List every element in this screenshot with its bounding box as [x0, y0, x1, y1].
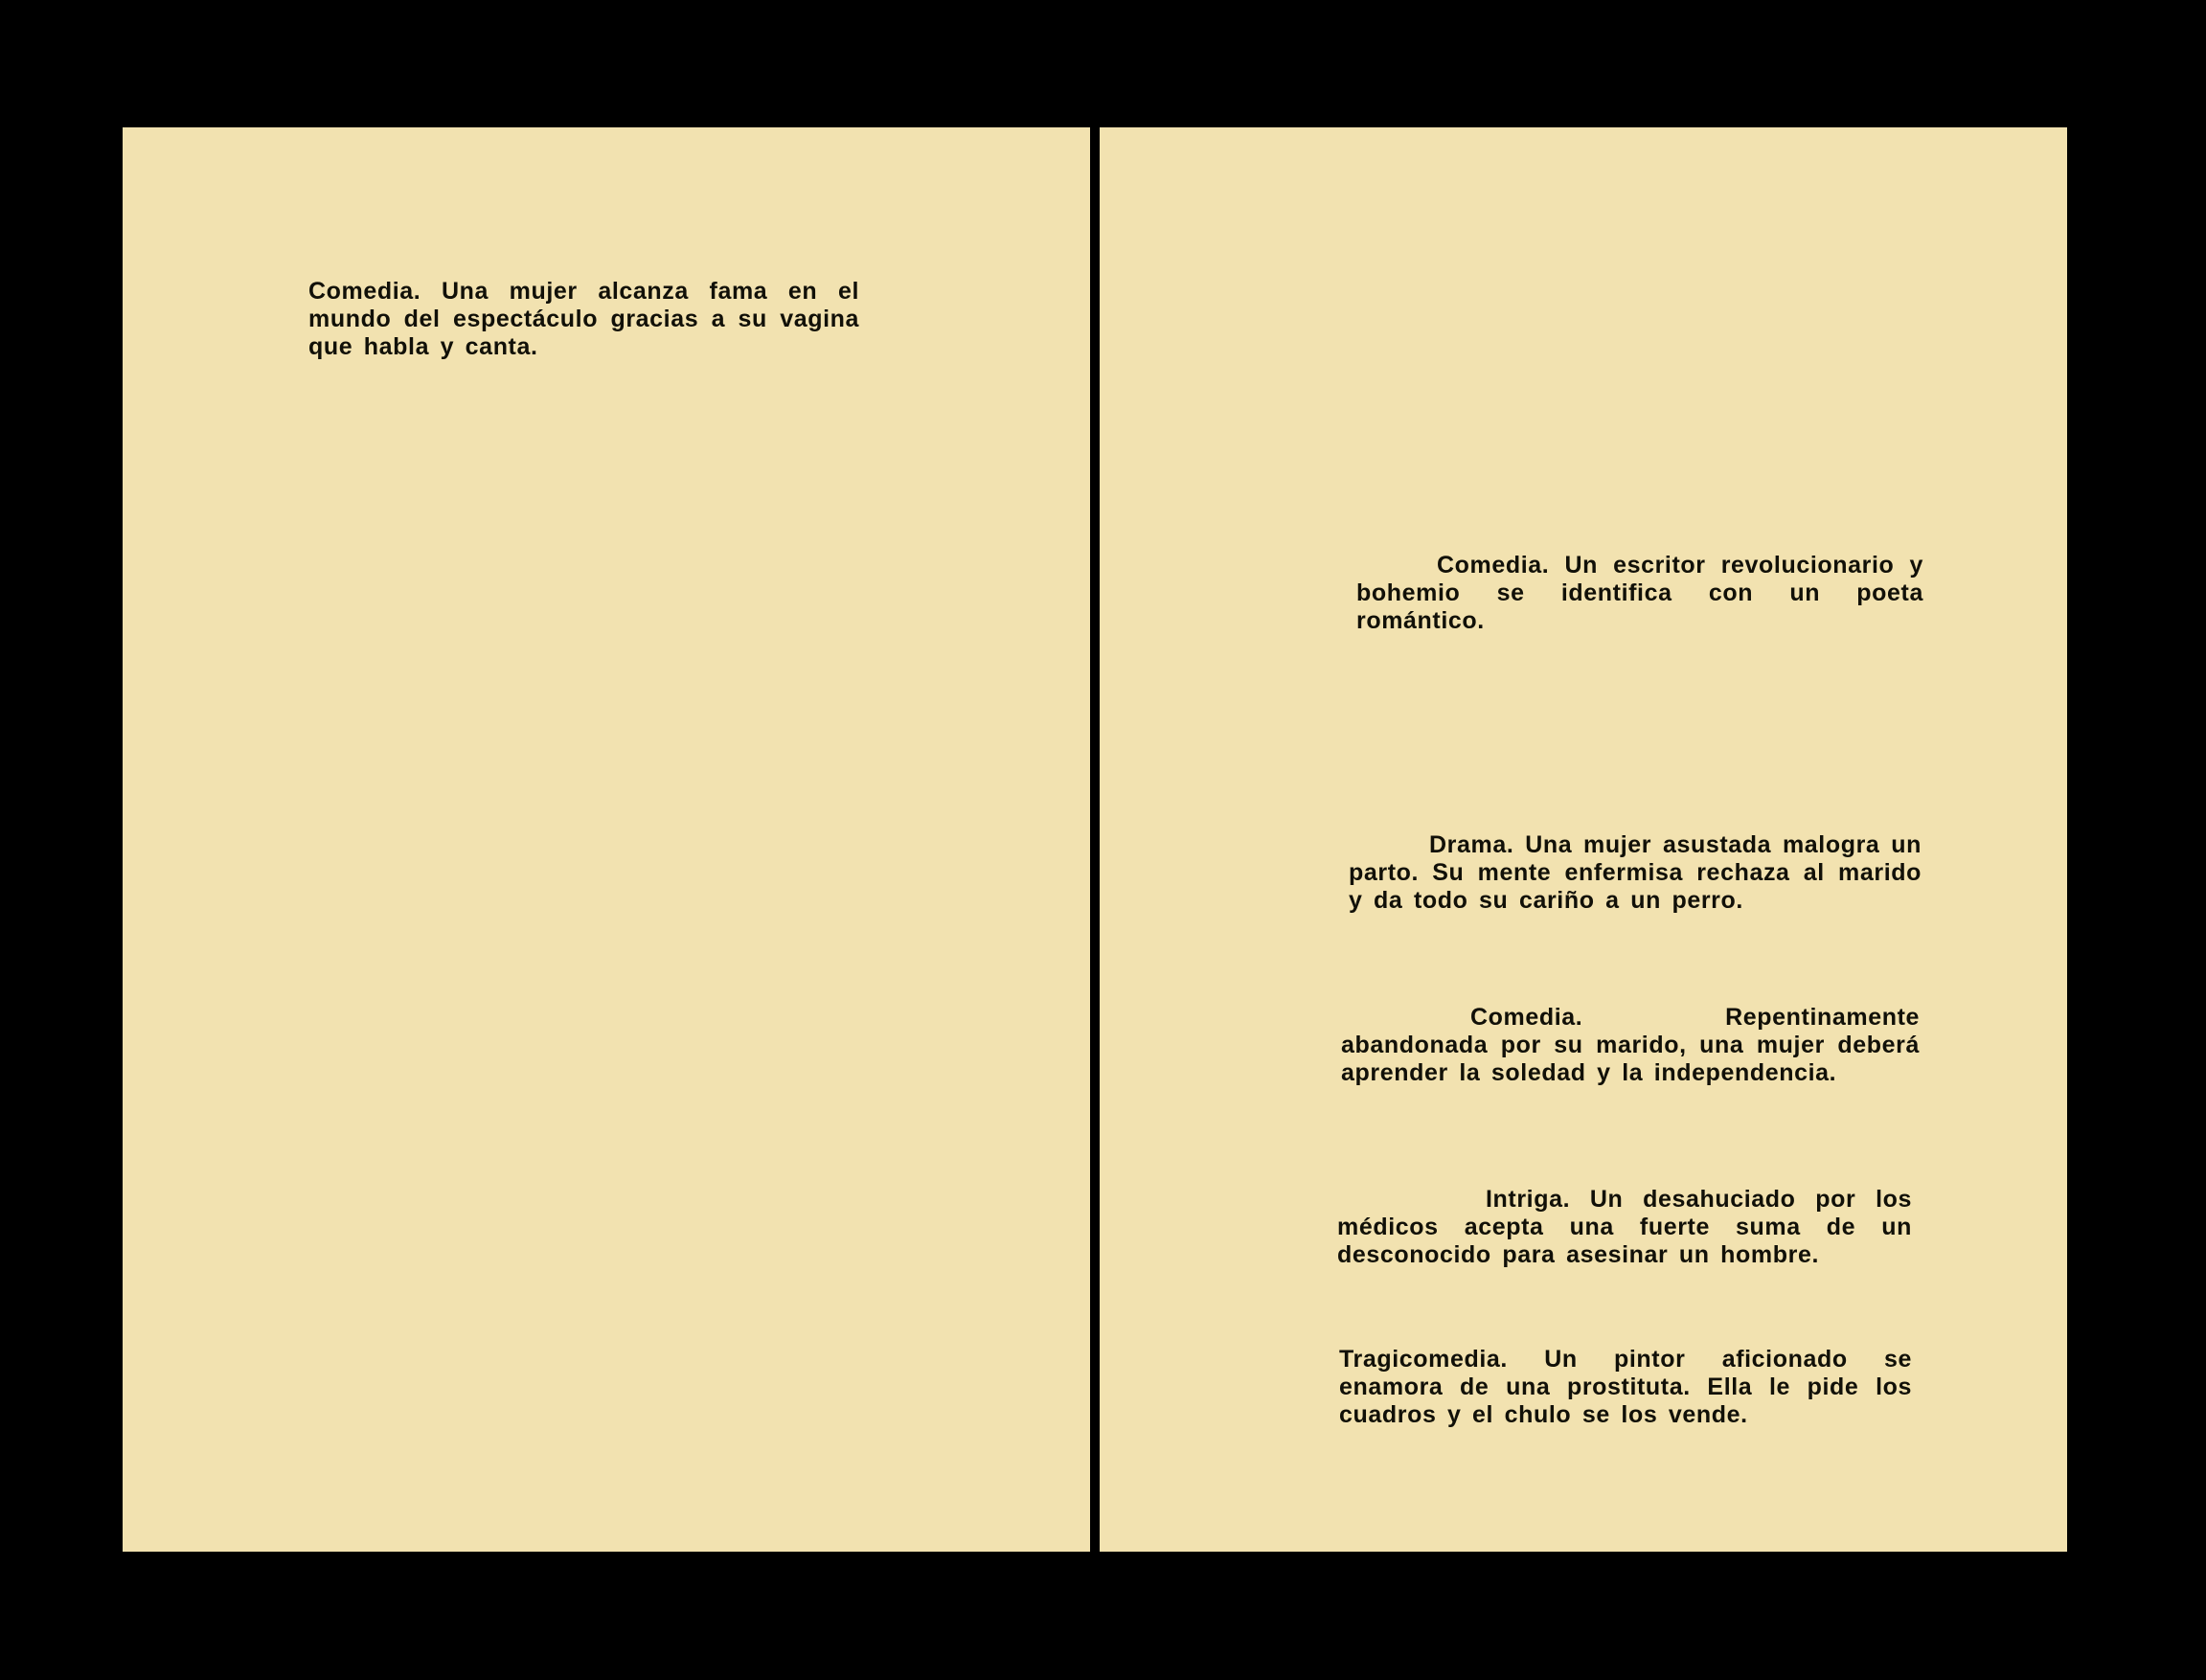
genre-label: Comedia. [1470, 1004, 1582, 1031]
film-blurb: Intriga. Un desahuciado por los médicos … [1337, 1186, 1912, 1269]
synopsis-text: Un desahuciado por los médicos acepta un… [1337, 1186, 1912, 1268]
film-blurb: Comedia. Un escritor revolu­cionario y b… [1356, 552, 1923, 635]
film-blurb: Tragicomedia. Un pintor aficiona­do se e… [1339, 1346, 1912, 1429]
genre-label: Intriga. [1486, 1186, 1570, 1213]
film-blurb: Comedia. Repentinamente abandonada por s… [1341, 1004, 1920, 1087]
genre-label: Drama. [1429, 831, 1513, 858]
right-page: Comedia. Un escritor revolu­cionario y b… [1100, 127, 2067, 1552]
synopsis-text: Repentinamente abandonada por su marido,… [1341, 1004, 1920, 1086]
genre-label: Comedia. [1437, 552, 1549, 579]
film-blurb: Drama. Una mujer asustada malogra un par… [1349, 831, 1922, 915]
genre-label: Comedia. [308, 278, 421, 305]
left-page: Comedia. Una mujer alcanza fa­ma en el m… [123, 127, 1090, 1552]
film-blurb: Comedia. Una mujer alcanza fa­ma en el m… [308, 278, 859, 361]
genre-label: Tragicomedia. [1339, 1346, 1508, 1373]
